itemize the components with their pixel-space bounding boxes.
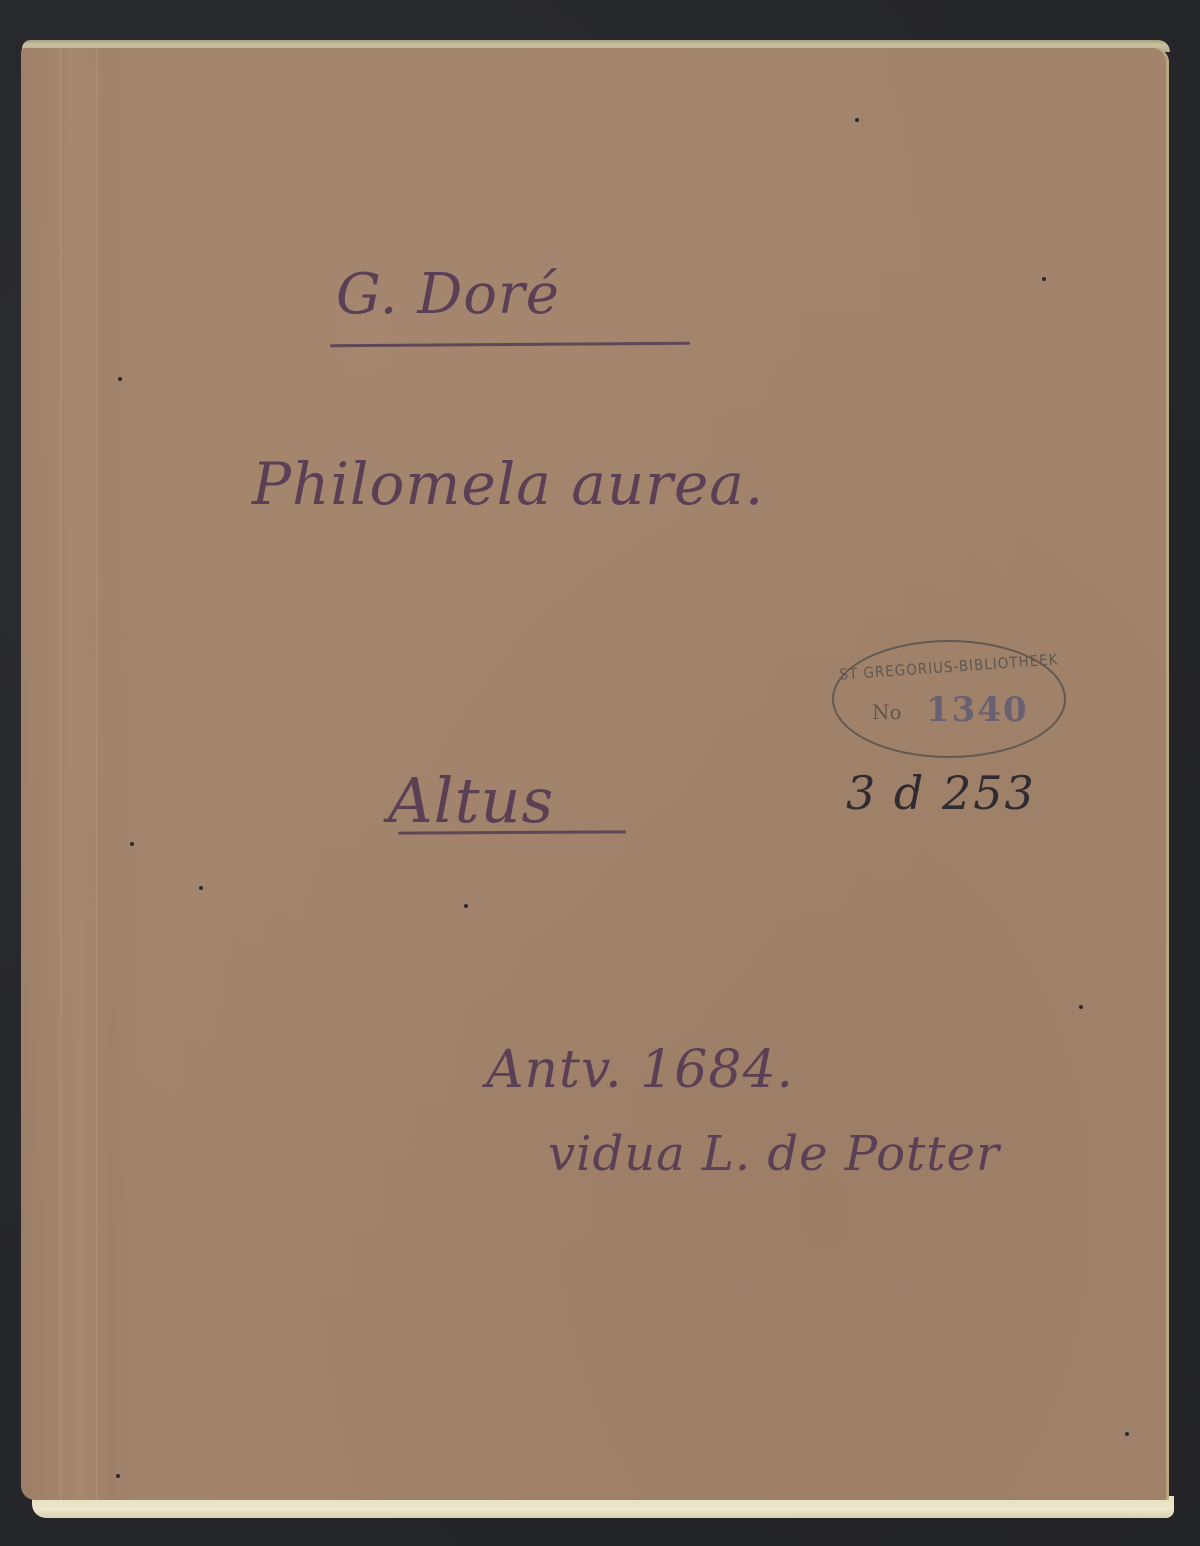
paper-speck: [118, 377, 122, 381]
stamp-library-name: ST GREGORIUS-BIBLIOTHEEK: [834, 650, 1065, 684]
work-title: Philomela aurea.: [252, 450, 764, 518]
paper-speck: [1125, 1432, 1129, 1436]
paper-speck: [464, 904, 468, 908]
paper-speck: [855, 118, 859, 122]
stamp-number: 1340: [926, 690, 1029, 730]
paper-speck: [116, 1474, 120, 1478]
spine-crease: [60, 48, 61, 1500]
spine-crease: [96, 48, 97, 1500]
paper-speck: [1079, 1005, 1083, 1009]
stamp-number-prefix: No: [872, 700, 902, 724]
composer-name: G. Doré: [336, 262, 560, 327]
part-name: Altus: [388, 764, 554, 837]
imprint-place-date: Antv. 1684.: [486, 1040, 794, 1100]
shelfmark: 3 d 253: [846, 766, 1036, 820]
imprint-printer: vidua L. de Potter: [548, 1126, 1000, 1182]
library-stamp: ST GREGORIUS-BIBLIOTHEEK No 1340: [832, 640, 1066, 758]
paper-speck: [130, 842, 134, 846]
paper-speck: [199, 886, 203, 890]
paper-speck: [1042, 277, 1046, 281]
